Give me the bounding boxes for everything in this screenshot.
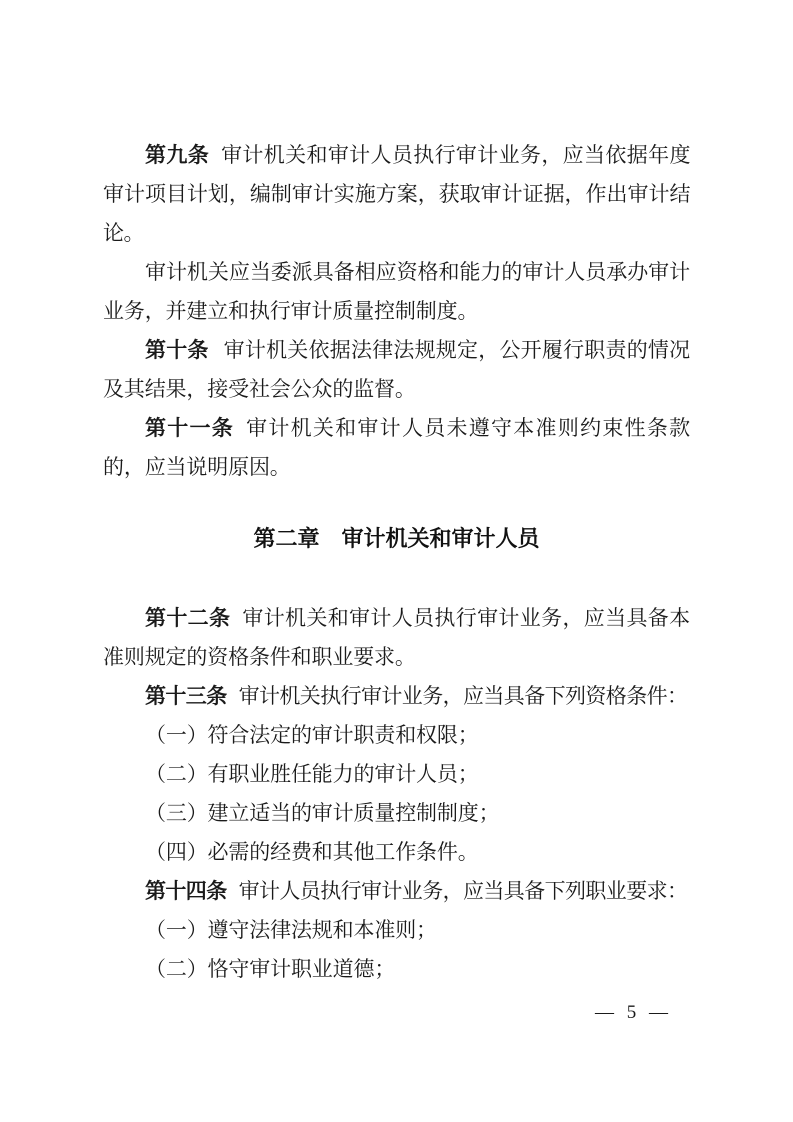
article-13-term: 第十三条 [145, 685, 227, 708]
article-13-item-2-text: （二）有职业胜任能力的审计人员； [145, 762, 479, 786]
page-number: — 5 — [595, 1002, 670, 1024]
article-13-item-1-text: （一）符合法定的审计职责和权限； [145, 723, 479, 747]
article-14-paragraph: 第十四条审计人员执行审计业务，应当具备下列职业要求： [103, 872, 690, 911]
article-14-item-1: （一）遵守法律法规和本准则； [103, 911, 690, 950]
article-13-item-2: （二）有职业胜任能力的审计人员； [103, 755, 690, 794]
article-13-paragraph: 第十三条审计机关执行审计业务，应当具备下列资格条件： [103, 677, 690, 716]
article-14-term: 第十四条 [145, 880, 227, 903]
article-12-paragraph: 第十二条审计机关和审计人员执行审计业务，应当具备本准则规定的资格条件和职业要求。 [103, 599, 690, 677]
article-9-continuation-paragraph: 审计机关应当委派具备相应资格和能力的审计人员承办审计业务，并建立和执行审计质量控… [103, 253, 690, 331]
article-11-paragraph: 第十一条审计机关和审计人员未遵守本准则约束性条款的，应当说明原因。 [103, 409, 690, 487]
article-13-text: 审计机关执行审计业务，应当具备下列资格条件： [239, 684, 688, 708]
article-13-item-4-text: （四）必需的经费和其他工作条件。 [145, 840, 479, 864]
document-page: 第九条审计机关和审计人员执行审计业务，应当依据年度审计项目计划，编制审计实施方案… [0, 0, 793, 1122]
article-9-continuation-text: 审计机关应当委派具备相应资格和能力的审计人员承办审计业务，并建立和执行审计质量控… [103, 260, 690, 323]
article-14-text: 审计人员执行审计业务，应当具备下列职业要求： [239, 879, 688, 903]
chapter-2-heading: 第二章 审计机关和审计人员 [103, 522, 690, 556]
article-11-term: 第十一条 [145, 417, 234, 440]
article-9-paragraph: 第九条审计机关和审计人员执行审计业务，应当依据年度审计项目计划，编制审计实施方案… [103, 136, 690, 253]
article-14-item-1-text: （一）遵守法律法规和本准则； [145, 918, 437, 942]
article-12-term: 第十二条 [145, 607, 230, 630]
article-14-item-2-text: （二）恪守审计职业道德； [145, 957, 395, 981]
document-content: 第九条审计机关和审计人员执行审计业务，应当依据年度审计项目计划，编制审计实施方案… [103, 136, 690, 989]
article-10-paragraph: 第十条审计机关依据法律法规规定，公开履行职责的情况及其结果，接受社会公众的监督。 [103, 331, 690, 409]
article-10-term: 第十条 [145, 339, 209, 362]
article-13-item-3: （三）建立适当的审计质量控制制度； [103, 794, 690, 833]
article-13-item-3-text: （三）建立适当的审计质量控制制度； [145, 801, 499, 825]
article-13-item-4: （四）必需的经费和其他工作条件。 [103, 833, 690, 872]
article-14-item-2: （二）恪守审计职业道德； [103, 950, 690, 989]
article-13-item-1: （一）符合法定的审计职责和权限； [103, 716, 690, 755]
article-9-term: 第九条 [145, 144, 209, 167]
